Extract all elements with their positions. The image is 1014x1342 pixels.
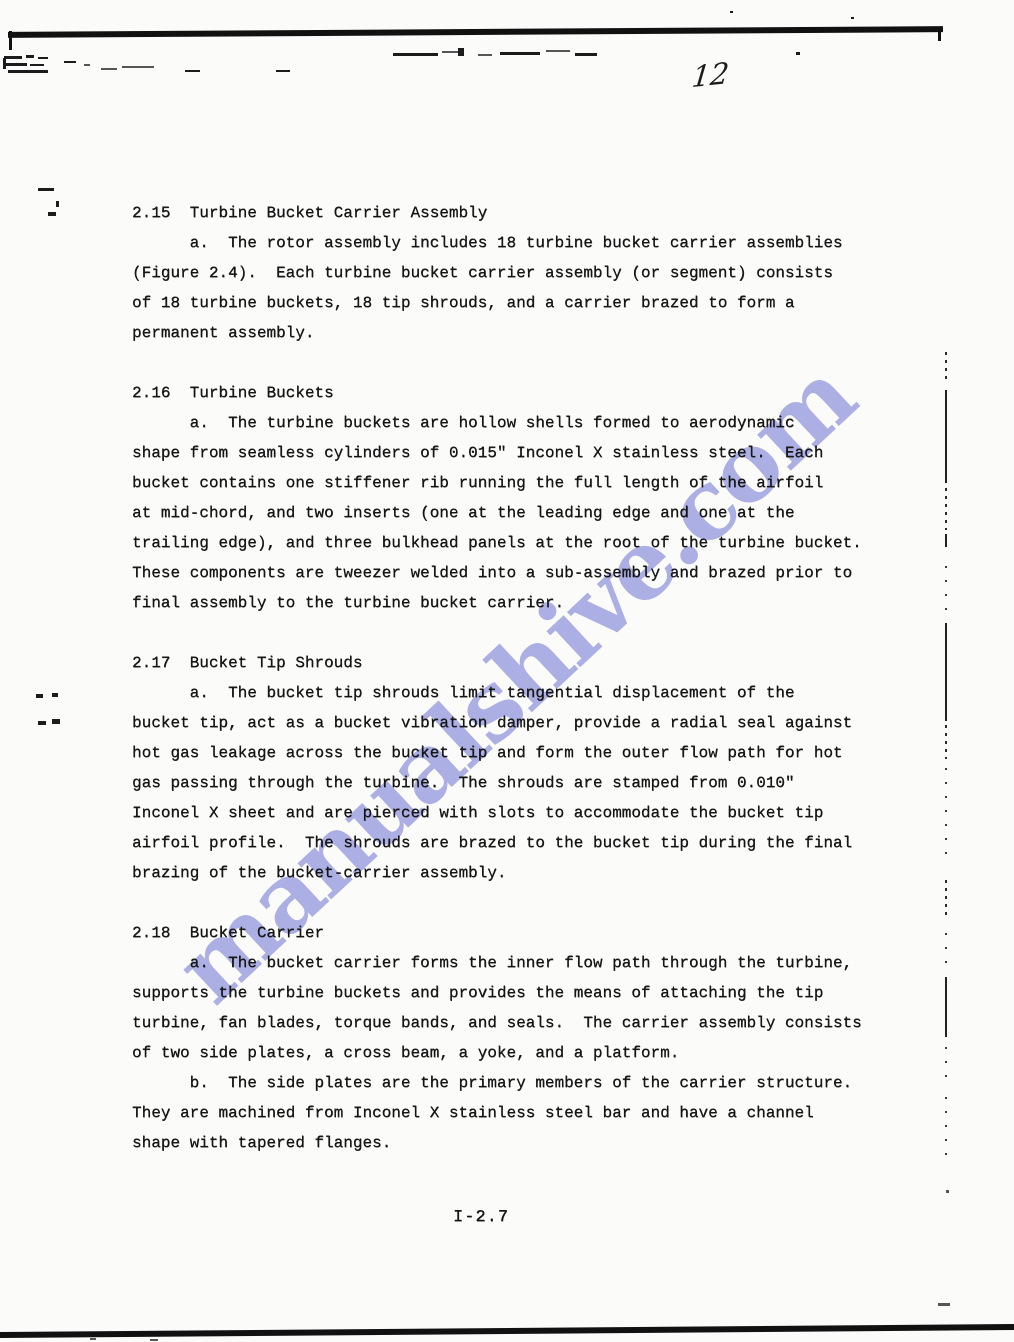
scan-artifact-vertical-line (945, 623, 947, 721)
paragraph-line: b. The side plates are the primary membe… (132, 1068, 892, 1098)
scan-artifact-top-bar-right-tick (938, 28, 941, 41)
paragraph-line: of 18 turbine buckets, 18 tip shrouds, a… (132, 288, 892, 318)
scan-speck (575, 53, 597, 56)
paragraph-line: Inconel X sheet and are pierced with slo… (132, 798, 892, 828)
paragraph-line: supports the turbine buckets and provide… (132, 978, 892, 1008)
scan-speck (122, 66, 154, 68)
scan-speck (393, 53, 438, 56)
paragraph-line: bucket tip, act as a bucket vibration da… (132, 708, 892, 738)
scan-speck (478, 54, 492, 56)
handwritten-page-number: 12 (690, 56, 730, 94)
scan-speck (26, 55, 34, 58)
paragraph-line: trailing edge), and three bulkhead panel… (132, 528, 892, 558)
paragraph-line: permanent assembly. (132, 318, 892, 348)
scan-speck (84, 64, 90, 66)
scan-speck (946, 1190, 949, 1193)
scan-artifact-vertical-line (945, 880, 947, 920)
scan-artifact-vertical-line (945, 1097, 947, 1157)
scan-artifact-bottom-bar (0, 1324, 1014, 1338)
document-section: 2.15 Turbine Bucket Carrier Assembly a. … (132, 198, 892, 348)
paragraph-line: a. The rotor assembly includes 18 turbin… (132, 228, 892, 258)
scan-speck (276, 70, 290, 72)
section-heading: 2.15 Turbine Bucket Carrier Assembly (132, 198, 892, 228)
scan-speck (48, 212, 56, 216)
scan-speck (64, 61, 76, 63)
scan-speck (150, 1339, 158, 1341)
scan-speck (730, 11, 733, 13)
section-heading: 2.16 Turbine Buckets (132, 378, 892, 408)
paragraph-line: brazing of the bucket-carrier assembly. (132, 858, 892, 888)
scan-artifact-vertical-line (945, 933, 947, 967)
scan-artifact-vertical-line (945, 488, 947, 530)
paragraph-line: They are machined from Inconel X stainle… (132, 1098, 892, 1128)
scan-speck (500, 52, 540, 55)
paragraph-line: of two side plates, a cross beam, a yoke… (132, 1038, 892, 1068)
document-section: 2.17 Bucket Tip Shrouds a. The bucket ti… (132, 648, 892, 888)
scan-speck (36, 694, 43, 698)
scan-speck (52, 693, 58, 697)
paragraph-line: gas passing through the turbine. The shr… (132, 768, 892, 798)
paragraph-line: hot gas leakage across the bucket tip an… (132, 738, 892, 768)
scan-artifact-vertical-line (945, 768, 947, 860)
paragraph-line: a. The bucket tip shrouds limit tangenti… (132, 678, 892, 708)
scan-artifact-vertical-line (945, 534, 947, 547)
paragraph-line: at mid-chord, and two inserts (one at th… (132, 498, 892, 528)
scan-speck (851, 17, 854, 19)
paragraph-line: These components are tweezer welded into… (132, 558, 892, 588)
paragraph-line: a. The turbine buckets are hollow shells… (132, 408, 892, 438)
scan-artifact-top-bar (8, 26, 943, 38)
paragraph-line: bucket contains one stiffener rib runnin… (132, 468, 892, 498)
scan-speck (8, 70, 48, 73)
footer-page-number: I-2.7 (453, 1208, 509, 1227)
scan-speck (458, 48, 464, 56)
scan-speck (56, 201, 59, 207)
scan-artifact-vertical-line (945, 390, 947, 483)
scan-speck (38, 188, 54, 191)
paragraph-line: shape with tapered flanges. (132, 1128, 892, 1158)
scan-speck (38, 721, 46, 725)
scan-speck (3, 58, 6, 69)
scan-speck (796, 52, 800, 55)
paragraph-line: (Figure 2.4). Each turbine bucket carrie… (132, 258, 892, 288)
scan-artifact-vertical-line (945, 566, 947, 618)
scan-speck (30, 64, 44, 66)
scan-speck (5, 63, 27, 66)
document-section: 2.16 Turbine Buckets a. The turbine buck… (132, 378, 892, 618)
document-section: 2.18 Bucket Carrier a. The bucket carrie… (132, 918, 892, 1158)
document-body: 2.15 Turbine Bucket Carrier Assembly a. … (132, 198, 892, 1158)
section-heading: 2.18 Bucket Carrier (132, 918, 892, 948)
paragraph-line: airfoil profile. The shrouds are brazed … (132, 828, 892, 858)
scan-artifact-top-bar-left-tick (9, 31, 12, 50)
paragraph-line: shape from seamless cylinders of 0.015" … (132, 438, 892, 468)
scan-speck (938, 1303, 950, 1306)
section-heading: 2.17 Bucket Tip Shrouds (132, 648, 892, 678)
scan-speck (442, 51, 458, 53)
scan-artifact-vertical-line (945, 725, 947, 759)
scan-artifact-vertical-line (945, 977, 947, 1037)
scan-speck (38, 57, 48, 59)
scan-speck (546, 50, 570, 52)
paragraph-line: final assembly to the turbine bucket car… (132, 588, 892, 618)
scan-artifact-vertical-line (945, 352, 947, 384)
paragraph-line: a. The bucket carrier forms the inner fl… (132, 948, 892, 978)
paragraph-line: turbine, fan blades, torque bands, and s… (132, 1008, 892, 1038)
scan-speck (4, 56, 22, 59)
scan-artifact-vertical-line (945, 1047, 947, 1080)
scan-speck (101, 68, 117, 70)
scan-speck (90, 1338, 96, 1340)
scan-speck (52, 719, 60, 724)
scan-speck (185, 70, 200, 72)
